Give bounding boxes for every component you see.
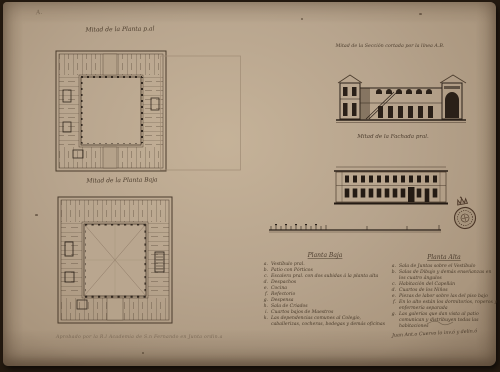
lower-floor-plan-drawing <box>57 196 173 324</box>
flourish <box>425 318 455 328</box>
legend-item-letter: f. <box>390 300 396 312</box>
legend-planta-baja: Planta Baja a. Vestíbulo pral. b. Patio … <box>262 252 388 328</box>
scanned-drawing-sheet: A. Mitad de la Planta p.al <box>0 0 500 372</box>
facade-drawing <box>332 164 450 208</box>
ink-speck <box>301 18 303 20</box>
legend-left-items: a. Vestíbulo pral. b. Patio con Pórticos… <box>262 262 388 328</box>
section-title: Mitad de la Sección cortada por la línea… <box>330 44 450 49</box>
upper-floor-plan-drawing <box>55 50 167 172</box>
legend-item: k. Las dependencias comunes al Colegio, … <box>262 316 388 328</box>
legend-left-title: Planta Baja <box>262 252 388 259</box>
legend-item-letter: g. <box>390 312 396 330</box>
scale-bar <box>267 221 445 235</box>
pencil-construction-square <box>160 55 242 171</box>
ink-speck <box>419 13 422 15</box>
legend-item-letter: b. <box>390 270 396 282</box>
facade-title: Mitad de la Fachada pral. <box>348 134 438 140</box>
section-drawing <box>336 72 466 126</box>
legend-right-title: Planta Alta <box>390 254 498 261</box>
legend-item-text: En lo alto están los dormitorios, ropero… <box>399 300 498 312</box>
corner-mark: A. <box>36 9 43 17</box>
ink-speck <box>142 352 144 354</box>
academy-seal-stamp <box>448 194 482 236</box>
legend-item-letter: k. <box>262 316 268 328</box>
legend-item: b. Salas de Dibujo y demás enseñanzas en… <box>390 270 498 282</box>
approval-caption: Aprobado por la R.l Academia de S.n Fern… <box>56 335 221 340</box>
ink-speck <box>35 214 38 216</box>
legend-item-text: Salas de Dibujo y demás enseñanzas en lo… <box>399 270 498 282</box>
legend-item-text: Las dependencias comunes al Colegio, cab… <box>271 316 388 328</box>
legend-item: f. En lo alto están los dormitorios, rop… <box>390 300 498 312</box>
